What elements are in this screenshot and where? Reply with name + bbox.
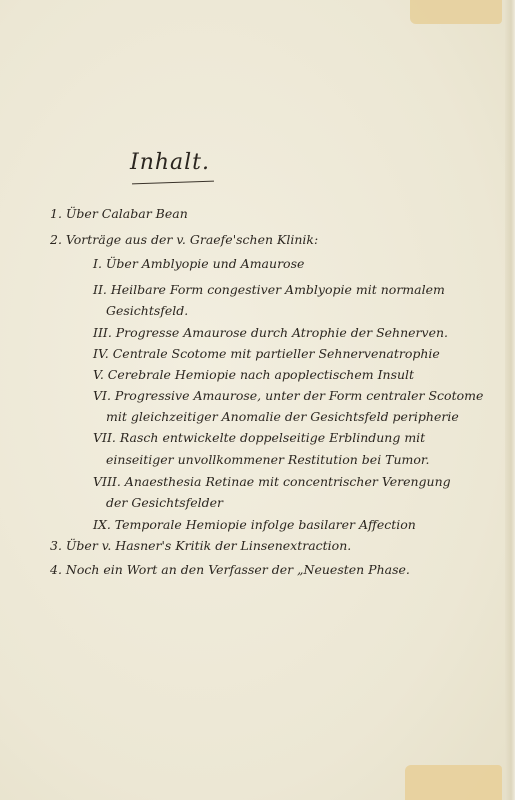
toc-subentry-2-cont: Gesichtsfeld. bbox=[106, 303, 188, 319]
toc-subentry-8: VIII. Anaesthesia Retinae mit concentris… bbox=[93, 474, 451, 490]
toc-entry-1: 1. Über Calabar Bean bbox=[50, 206, 188, 222]
paper-stain-top bbox=[410, 0, 502, 24]
paper-stain-bottom bbox=[405, 765, 502, 800]
toc-subentry-5: V. Cerebrale Hemiopie nach apoplectische… bbox=[93, 367, 414, 383]
toc-entry-3: 3. Über v. Hasner's Kritik der Linsenext… bbox=[50, 538, 351, 554]
page-edge bbox=[505, 0, 515, 800]
toc-subentry-2: II. Heilbare Form congestiver Amblyopie … bbox=[93, 282, 445, 298]
toc-subentry-6: VI. Progressive Amaurose, unter der Form… bbox=[93, 388, 483, 404]
toc-entry-4: 4. Noch ein Wort an den Verfasser der „N… bbox=[50, 562, 410, 578]
toc-subentry-1: I. Über Amblyopie und Amaurose bbox=[93, 256, 304, 272]
toc-subentry-3: III. Progresse Amaurose durch Atrophie d… bbox=[93, 325, 448, 341]
toc-entry-2: 2. Vorträge aus der v. Graefe'schen Klin… bbox=[50, 232, 318, 248]
toc-subentry-6-cont: mit gleichzeitiger Anomalie der Gesichts… bbox=[106, 409, 459, 425]
toc-subentry-7-cont: einseitiger unvollkommener Restitution b… bbox=[106, 452, 430, 468]
page-title: Inhalt. bbox=[130, 150, 210, 175]
toc-subentry-9: IX. Temporale Hemiopie infolge basilarer… bbox=[93, 517, 416, 533]
toc-subentry-8-cont: der Gesichtsfelder bbox=[106, 495, 223, 511]
toc-subentry-7: VII. Rasch entwickelte doppelseitige Erb… bbox=[93, 430, 425, 446]
toc-subentry-4: IV. Centrale Scotome mit partieller Sehn… bbox=[93, 346, 440, 362]
